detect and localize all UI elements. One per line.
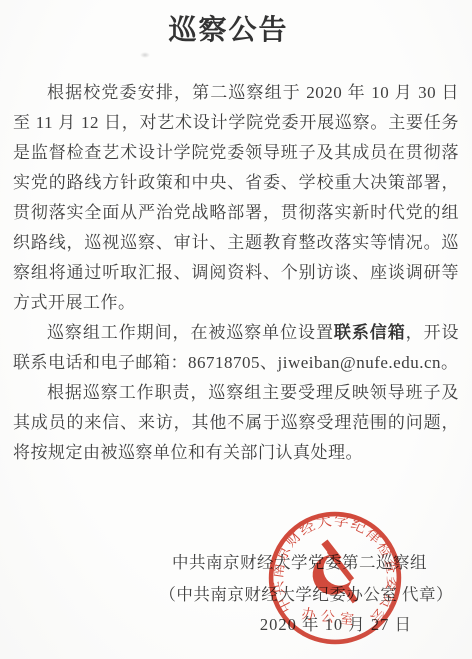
seal-bottom-text: 办公室	[301, 605, 360, 629]
page-title: 巡察公告	[0, 16, 457, 46]
paragraph-contact-pre: 巡察组工作期间，在被巡察单位设置	[47, 323, 334, 342]
official-seal-graphic: 中共南京财经大学纪律检查委员会 办公室	[256, 499, 414, 657]
scan-smudge	[352, 417, 394, 425]
document-body: 根据校党委安排，第二巡察组于 2020 年 10 月 30 日至 11 月 12…	[13, 78, 459, 468]
party-emblem-icon	[310, 538, 365, 604]
scan-smudge	[140, 52, 150, 58]
contact-mailbox-emphasis: 联系信箱	[334, 323, 406, 342]
paragraph-scope-text: 根据校党委安排，第二巡察组于 2020 年 10 月 30 日至 11 月 12…	[13, 83, 459, 312]
paragraph-scope: 根据校党委安排，第二巡察组于 2020 年 10 月 30 日至 11 月 12…	[13, 78, 459, 318]
paragraph-contact: 巡察组工作期间，在被巡察单位设置联系信箱，开设联系电话和电子邮箱：8671870…	[13, 318, 459, 378]
official-seal: 中共南京财经大学纪律检查委员会 办公室	[256, 499, 414, 657]
announcement-document: 巡察公告 根据校党委安排，第二巡察组于 2020 年 10 月 30 日至 11…	[0, 0, 472, 659]
